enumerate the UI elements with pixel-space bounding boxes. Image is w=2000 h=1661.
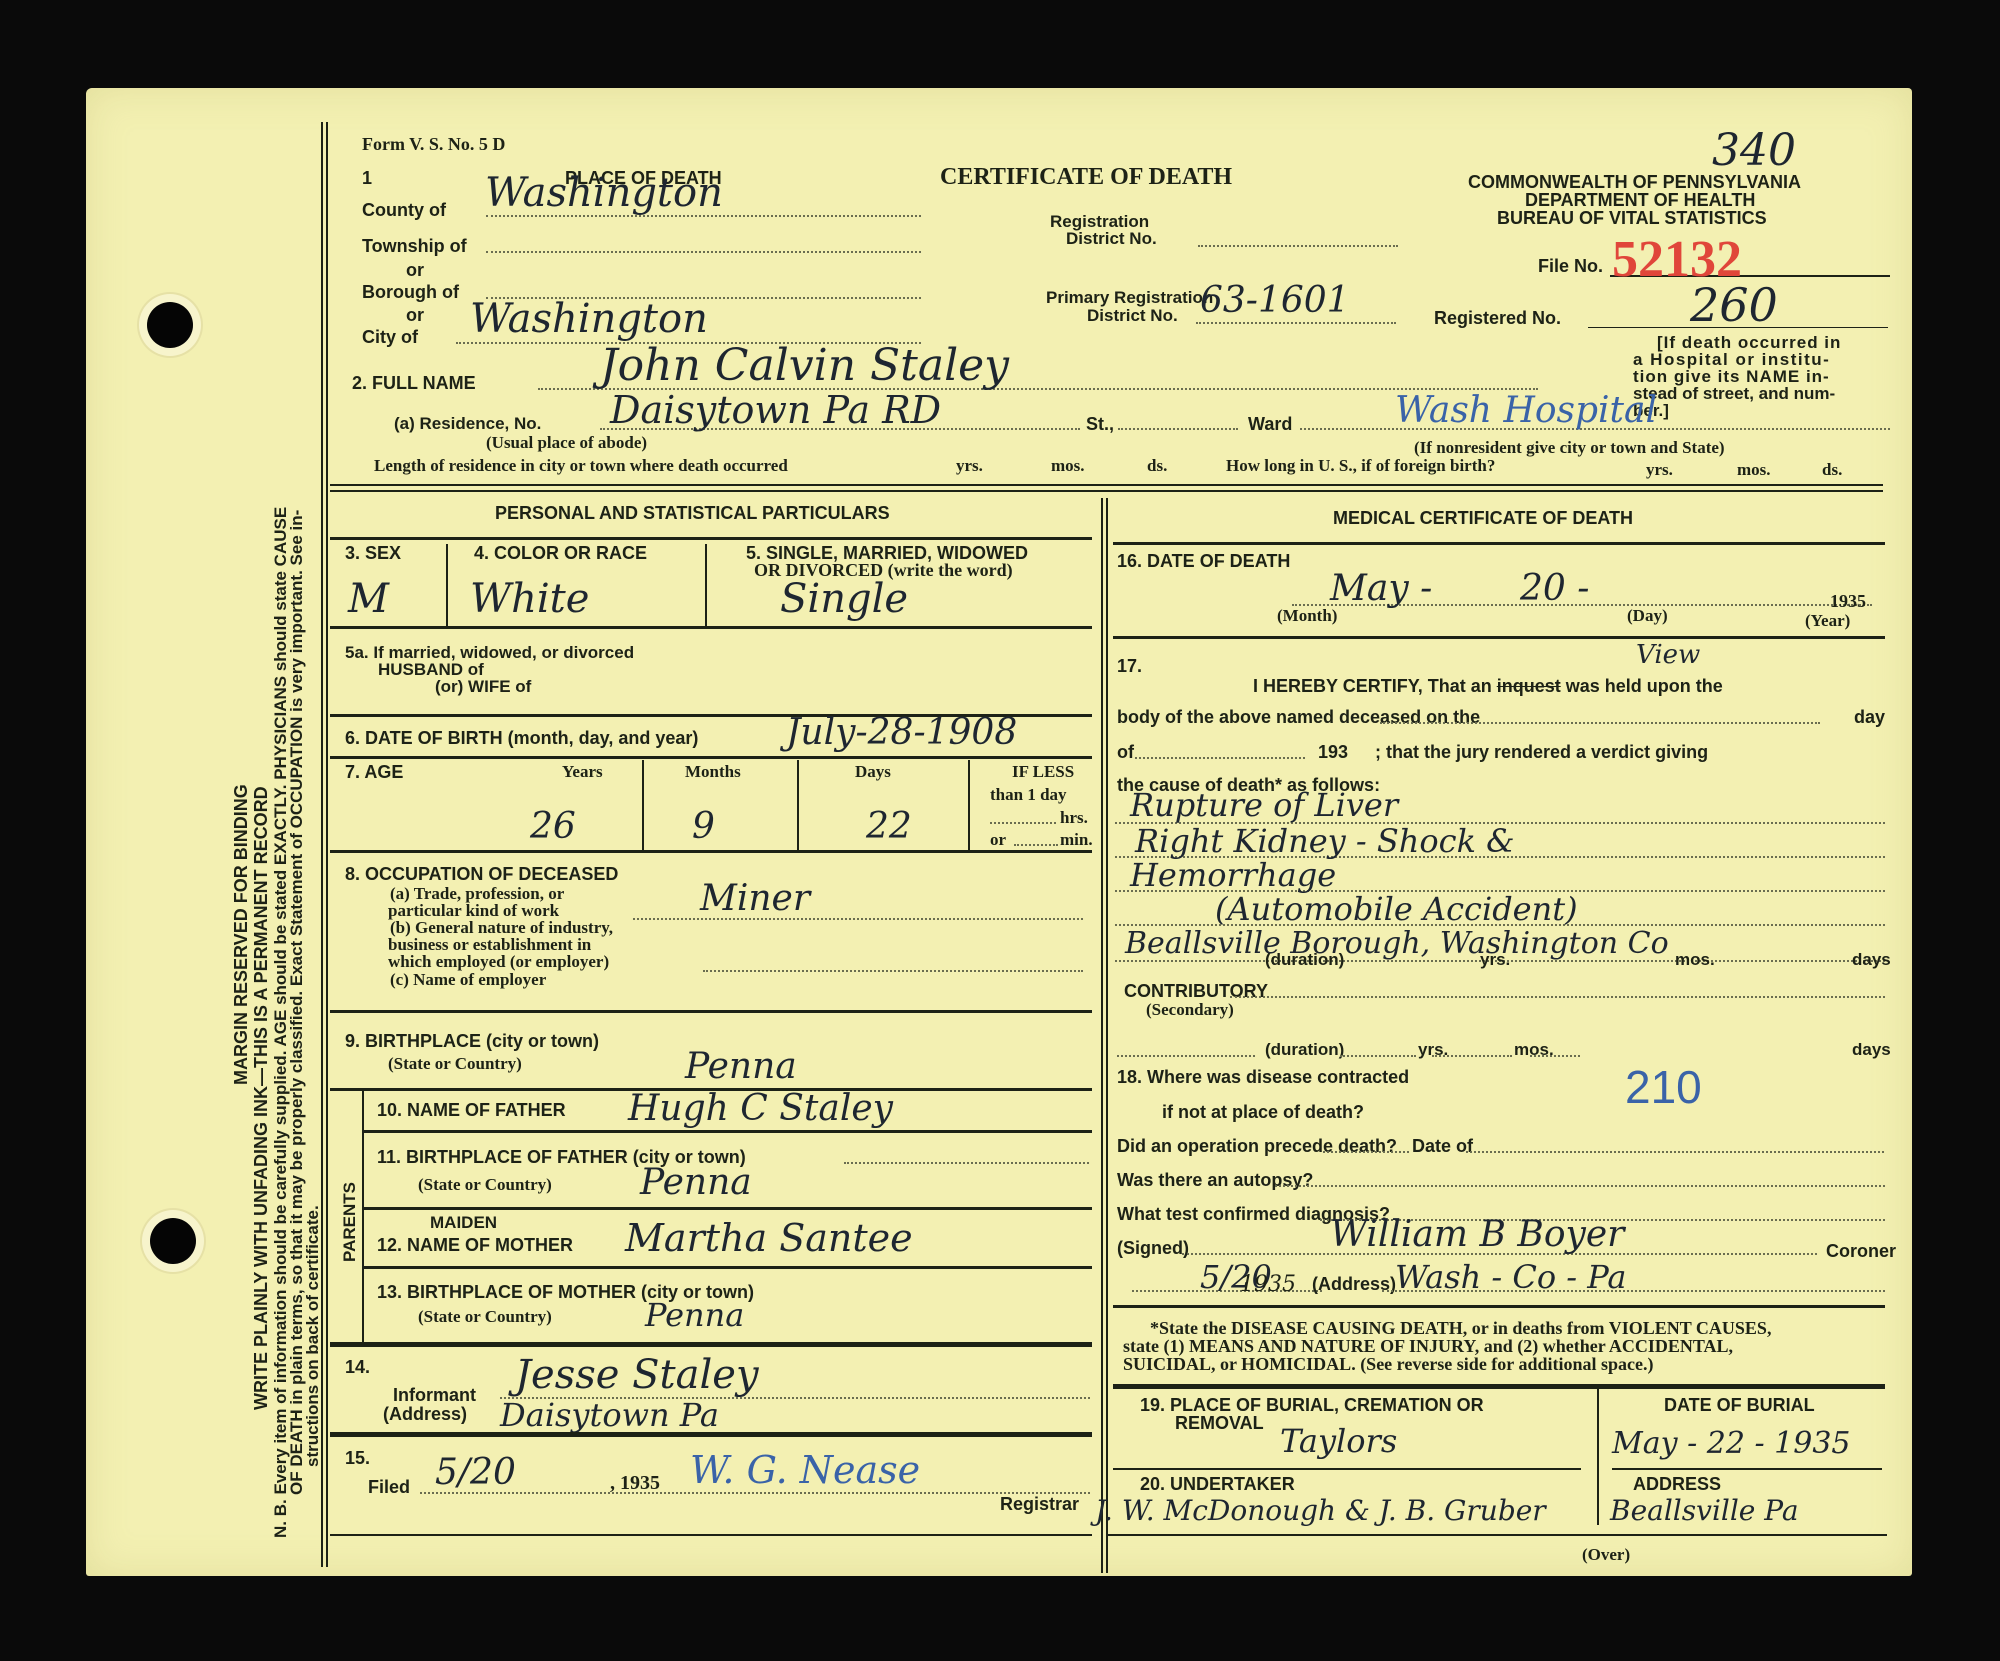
- ward-value[interactable]: Wash Hospital: [1395, 390, 1657, 431]
- rule: [330, 1342, 1092, 1347]
- autopsy-label: Was there an autopsy?: [1117, 1170, 1313, 1191]
- margin-rule: [321, 122, 323, 1567]
- father-birthplace-line: [844, 1162, 1089, 1164]
- rule: [1113, 1468, 1581, 1470]
- occupation-b: which employed (or employer): [388, 952, 609, 972]
- filed-date[interactable]: 5/20: [435, 1452, 516, 1493]
- undertaker-value[interactable]: J. W. McDonough & J. B. Gruber: [1095, 1494, 1546, 1527]
- rule: [1107, 1534, 1887, 1536]
- mother-birthplace-sublabel: (State or Country): [418, 1307, 552, 1327]
- section-17-number: 17.: [1117, 656, 1142, 677]
- sex-value[interactable]: M: [348, 576, 389, 622]
- column-divider: [1106, 498, 1108, 1573]
- certify-text: I HEREBY CERTIFY, That an inquest was he…: [1253, 676, 1723, 697]
- dob-value[interactable]: July-28-1908: [786, 712, 1017, 753]
- burial-date-label: DATE OF BURIAL: [1664, 1395, 1815, 1416]
- medical-heading: MEDICAL CERTIFICATE OF DEATH: [1333, 508, 1633, 529]
- cause-line-4[interactable]: (Automobile Accident): [1215, 890, 1578, 928]
- month-label: (Month): [1277, 606, 1337, 626]
- township-line[interactable]: [486, 251, 921, 253]
- nonresident-note: (If nonresident give city or town and St…: [1414, 438, 1725, 458]
- stamp-210: 210: [1625, 1060, 1702, 1114]
- rule: [797, 760, 799, 850]
- residence-sublabel: (Usual place of abode): [486, 433, 647, 453]
- burial-value[interactable]: Taylors: [1280, 1422, 1397, 1460]
- yrs-label: yrs.: [956, 456, 983, 476]
- age-years-value[interactable]: 26: [530, 806, 576, 847]
- or-label: or: [406, 305, 424, 326]
- registrar-label: Registrar: [1000, 1494, 1079, 1515]
- primary-registration-label: Primary Registration: [1046, 288, 1213, 308]
- mother-birthplace-value[interactable]: Penna: [645, 1296, 744, 1334]
- rule: [1113, 1384, 1885, 1389]
- rule: [968, 760, 970, 850]
- registered-no-label: Registered No.: [1434, 308, 1561, 329]
- agency-line3: BUREAU OF VITAL STATISTICS: [1497, 208, 1767, 229]
- dod-year-value: 1935: [1830, 591, 1866, 612]
- contributory-mos-line[interactable]: [1432, 1055, 1512, 1057]
- years-label: Years: [562, 762, 603, 782]
- secondary-label: (Secondary): [1146, 1000, 1234, 1020]
- borough-label: Borough of: [362, 282, 459, 303]
- mos-label: mos.: [1051, 456, 1085, 476]
- rule: [1113, 1305, 1885, 1308]
- occupation-label: 8. OCCUPATION OF DECEASED: [345, 864, 618, 885]
- rule: [1612, 1468, 1882, 1470]
- year-label: (Year): [1805, 611, 1850, 631]
- rule: [446, 544, 448, 626]
- rule: [364, 1130, 1092, 1133]
- day-word: day: [1854, 707, 1885, 728]
- dod-label: 16. DATE OF DEATH: [1117, 551, 1290, 572]
- marital-value[interactable]: Single: [780, 576, 908, 622]
- informant-address-value[interactable]: Daisytown Pa: [500, 1396, 719, 1434]
- margin-nb-line3: structions on back of certificate.: [303, 1205, 323, 1467]
- certify-text-part1: I HEREBY CERTIFY, That an: [1253, 676, 1492, 696]
- hrs-line[interactable]: [990, 822, 1056, 824]
- operation-label: Did an operation precede death?: [1117, 1136, 1397, 1157]
- certificate-title: CERTIFICATE OF DEATH: [940, 164, 1232, 191]
- rule: [330, 1534, 1092, 1536]
- parents-label: PARENTS: [340, 1182, 360, 1262]
- or-label: or: [990, 830, 1006, 850]
- over-label: (Over): [1582, 1545, 1630, 1565]
- undertaker-address-value[interactable]: Beallsville Pa: [1610, 1494, 1799, 1527]
- age-days-value[interactable]: 22: [866, 806, 912, 847]
- days-label: days: [1852, 950, 1891, 970]
- yrs-label: yrs.: [1418, 1040, 1448, 1060]
- length-of-residence-label: Length of residence in city or town wher…: [374, 456, 788, 476]
- burial-date-value[interactable]: May - 22 - 1935: [1612, 1426, 1851, 1461]
- birthplace-sublabel: (State or Country): [388, 1054, 522, 1074]
- file-no-label: File No.: [1538, 256, 1603, 277]
- binding-hole-top: [147, 302, 193, 348]
- registration-district-line[interactable]: [1198, 245, 1398, 247]
- race-label: 4. COLOR OR RACE: [474, 543, 647, 564]
- rule: [330, 1010, 1092, 1013]
- rule: [330, 1432, 1092, 1437]
- county-label: County of: [362, 200, 446, 221]
- personal-heading: PERSONAL AND STATISTICAL PARTICULARS: [495, 503, 890, 524]
- ds-label: ds.: [1147, 456, 1167, 476]
- registrar-signature[interactable]: W. G. Nease: [690, 1448, 920, 1492]
- full-name-label: 2. FULL NAME: [352, 373, 476, 394]
- race-value[interactable]: White: [470, 576, 589, 622]
- rule: [330, 537, 1092, 540]
- rule: [1113, 636, 1885, 639]
- inquest-insert[interactable]: View: [1636, 640, 1700, 670]
- dod-month-value[interactable]: May -: [1330, 568, 1432, 609]
- sex-label: 3. SEX: [345, 543, 401, 564]
- disease-note: SUICIDAL, or HOMICIDAL. (See reverse sid…: [1123, 1354, 1653, 1375]
- registered-no-value[interactable]: 260: [1690, 278, 1778, 332]
- mother-label: 12. NAME OF MOTHER: [377, 1235, 573, 1256]
- header-rule: [330, 490, 1883, 492]
- if-less-label: IF LESS: [1012, 762, 1074, 782]
- dod-day-value[interactable]: 20 -: [1520, 568, 1589, 609]
- st-line[interactable]: [1118, 428, 1238, 430]
- months-label: Months: [685, 762, 741, 782]
- father-birthplace-sublabel: (State or Country): [418, 1175, 552, 1195]
- registration-district-label: District No.: [1066, 229, 1157, 249]
- jury-text: ; that the jury rendered a verdict givin…: [1375, 742, 1708, 763]
- father-label: 10. NAME OF FATHER: [377, 1100, 566, 1121]
- operation-line[interactable]: [1323, 1151, 1409, 1153]
- age-label: 7. AGE: [345, 762, 403, 783]
- form-id: Form V. S. No. 5 D: [362, 134, 505, 155]
- certify-text-part2: was held upon the: [1566, 676, 1723, 696]
- q18-sublabel: if not at place of death?: [1162, 1102, 1364, 1123]
- county-value[interactable]: Washington: [485, 170, 723, 216]
- inquest-struck: inquest: [1497, 676, 1561, 696]
- signed-year: 1935: [1240, 1272, 1296, 1297]
- township-label: Township of: [362, 236, 467, 257]
- ward-label: Ward: [1248, 414, 1292, 435]
- spouse-label: (or) WIFE of: [435, 677, 531, 697]
- birthplace-value[interactable]: Penna: [685, 1046, 797, 1087]
- yrs-label: yrs.: [1646, 460, 1673, 480]
- of-word: of: [1117, 742, 1134, 763]
- day-label: (Day): [1627, 606, 1668, 626]
- filed-year: , 1935: [610, 1472, 660, 1495]
- hrs-label: hrs.: [1060, 808, 1088, 828]
- father-birthplace-value[interactable]: Penna: [640, 1162, 752, 1203]
- burial-label: REMOVAL: [1175, 1413, 1264, 1434]
- rule: [330, 756, 1092, 759]
- contributory-label: CONTRIBUTORY: [1124, 981, 1268, 1002]
- contributory-days-line[interactable]: [1530, 1055, 1580, 1057]
- foreign-birth-label: How long in U. S., if of foreign birth?: [1226, 456, 1495, 476]
- father-value[interactable]: Hugh C Staley: [628, 1088, 893, 1129]
- date-of-label: Date of: [1412, 1136, 1473, 1157]
- duration-label: (duration): [1265, 950, 1344, 970]
- rule: [330, 850, 1092, 853]
- inquest-month-line[interactable]: [1135, 757, 1305, 759]
- city-value[interactable]: Washington: [470, 296, 708, 342]
- parents-divider: [362, 1090, 364, 1342]
- residence-label: (a) Residence, No.: [394, 414, 541, 434]
- address-value[interactable]: Wash - Co - Pa: [1395, 1258, 1626, 1296]
- mother-value[interactable]: Martha Santee: [625, 1216, 913, 1260]
- margin-binding-text: MARGIN RESERVED FOR BINDING: [231, 784, 252, 1085]
- burial-divider: [1597, 1389, 1599, 1525]
- cause-line-5[interactable]: Beallsville Borough, Washington Co: [1125, 926, 1669, 961]
- header-rule: [330, 484, 1883, 486]
- residence-value[interactable]: Daisytown Pa RD: [610, 388, 941, 432]
- or-label: or: [406, 260, 424, 281]
- corner-number: 340: [1712, 125, 1796, 176]
- contributory-line[interactable]: [1230, 996, 1885, 998]
- full-name-value[interactable]: John Calvin Staley: [600, 340, 1009, 391]
- age-months-value[interactable]: 9: [692, 806, 715, 847]
- operation-date-line[interactable]: [1466, 1151, 1884, 1153]
- yrs-label: yrs.: [1480, 950, 1510, 970]
- min-label: min.: [1060, 830, 1093, 850]
- certify-body-text: body of the above named deceased on the: [1117, 707, 1480, 728]
- rule: [1113, 542, 1885, 545]
- city-label: City of: [362, 327, 418, 348]
- min-line[interactable]: [1014, 844, 1058, 846]
- signed-label: (Signed): [1117, 1238, 1189, 1259]
- q18-label: 18. Where was disease contracted: [1117, 1067, 1409, 1088]
- informant-label: Informant: [393, 1385, 476, 1406]
- days-label: Days: [855, 762, 891, 782]
- informant-address-label: (Address): [383, 1404, 467, 1425]
- cause-line-1[interactable]: Rupture of Liver: [1130, 786, 1398, 824]
- contributory-yrs-line[interactable]: [1340, 1055, 1416, 1057]
- informant-number: 14.: [345, 1357, 370, 1378]
- year-193: 193: [1318, 742, 1348, 763]
- signed-value[interactable]: William B Boyer: [1330, 1214, 1624, 1255]
- cause-line-2[interactable]: Right Kidney - Shock &: [1135, 822, 1515, 860]
- autopsy-line[interactable]: [1275, 1185, 1885, 1187]
- margin-write-plainly: WRITE PLAINLY WITH UNFADING INK—THIS IS …: [251, 786, 272, 1410]
- mos-label: mos.: [1675, 950, 1715, 970]
- undertaker-address-label: ADDRESS: [1633, 1474, 1721, 1495]
- cause-line-3[interactable]: Hemorrhage: [1130, 856, 1336, 894]
- primary-registration-label: District No.: [1087, 306, 1178, 326]
- rule: [705, 544, 707, 626]
- rule: [364, 1207, 1092, 1210]
- contributory-duration-line[interactable]: [1117, 1055, 1255, 1057]
- margin-rule: [326, 122, 328, 1567]
- duration-label: (duration): [1265, 1040, 1344, 1060]
- rule: [364, 1266, 1092, 1269]
- rule: [330, 626, 1092, 629]
- primary-registration-value[interactable]: 63-1601: [1200, 280, 1350, 321]
- dob-label: 6. DATE OF BIRTH (month, day, and year): [345, 728, 698, 749]
- column-divider: [1101, 498, 1103, 1573]
- mos-label: mos.: [1514, 1040, 1554, 1060]
- undertaker-label: 20. UNDERTAKER: [1140, 1474, 1295, 1495]
- binding-hole-bottom: [150, 1218, 196, 1264]
- occupation-value[interactable]: Miner: [700, 878, 810, 919]
- if-less-label: than 1 day: [990, 785, 1067, 805]
- rule: [642, 760, 644, 850]
- filed-line: [420, 1492, 1090, 1494]
- st-label: St.,: [1086, 414, 1114, 435]
- maiden-label: MAIDEN: [430, 1213, 497, 1233]
- filed-number: 15.: [345, 1448, 370, 1469]
- coroner-label: Coroner: [1826, 1241, 1896, 1262]
- occupation-c: (c) Name of employer: [390, 970, 546, 990]
- primary-registration-line: [1196, 322, 1396, 324]
- mos-label: mos.: [1737, 460, 1771, 480]
- ds-label: ds.: [1822, 460, 1842, 480]
- section-number-1: 1: [362, 168, 372, 189]
- inquest-day-line[interactable]: [1380, 722, 1820, 724]
- birthplace-label: 9. BIRTHPLACE (city or town): [345, 1031, 599, 1052]
- days-label: days: [1852, 1040, 1891, 1060]
- informant-value[interactable]: Jesse Staley: [515, 1352, 759, 1398]
- filed-label: Filed: [368, 1477, 410, 1498]
- occupation-b-line[interactable]: [703, 970, 1083, 972]
